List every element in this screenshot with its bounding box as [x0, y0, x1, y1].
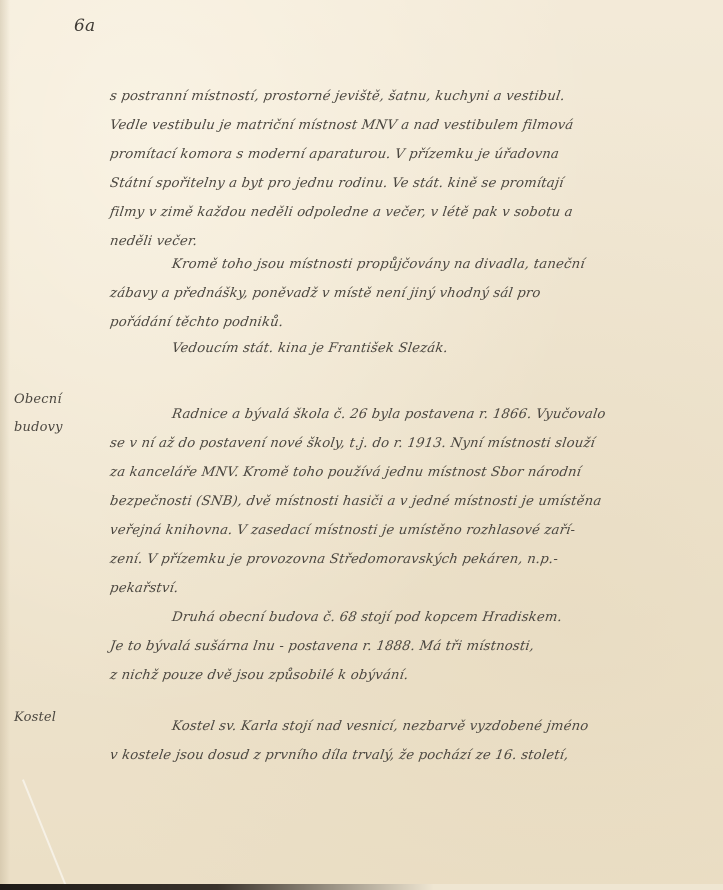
- text-line: Vedoucím stát. kina je František Slezák.: [108, 334, 672, 363]
- text-line: z nichž pouze dvě jsou způsobilé k obývá…: [108, 661, 672, 690]
- paragraph-second-building: Druhá obecní budova č. 68 stojí pod kopc…: [108, 603, 668, 690]
- paragraph-church: Kostel sv. Karla stojí nad vesnicí, nezb…: [108, 712, 668, 770]
- text-line: v kostele jsou dosud z prvního díla trva…: [108, 741, 672, 770]
- text-line: za kanceláře MNV. Kromě toho používá jed…: [108, 458, 672, 487]
- text-line: Vedle vestibulu je matriční místnost MNV…: [108, 111, 672, 140]
- margin-label-line: budovy: [14, 414, 84, 442]
- page-number: 6a: [74, 16, 95, 36]
- text-line: zábavy a přednášky, poněvadž v místě nen…: [108, 279, 672, 308]
- text-line: Kostel sv. Karla stojí nad vesnicí, nezb…: [108, 712, 672, 741]
- margin-label-obecni-budovy: Obecní budovy: [14, 386, 84, 442]
- text-line: s postranní místností, prostorné jeviště…: [108, 82, 672, 111]
- text-line: veřejná knihovna. V zasedací místnosti j…: [108, 516, 672, 545]
- text-line: bezpečnosti (SNB), dvě místnosti hasiči …: [108, 487, 672, 516]
- margin-label-kostel: Kostel: [14, 704, 84, 732]
- text-line: promítací komora s moderní aparaturou. V…: [108, 140, 672, 169]
- text-line: filmy v zimě každou neděli odpoledne a v…: [108, 198, 672, 227]
- paragraph-rental: Kromě toho jsou místnosti propůjčovány n…: [108, 250, 668, 337]
- text-line: Je to bývalá sušárna lnu - postavena r. …: [108, 632, 672, 661]
- margin-label-line: Kostel: [14, 704, 84, 732]
- document-page: 6a s postranní místností, prostorné jevi…: [0, 0, 723, 884]
- text-line: Státní spořitelny a byt pro jednu rodinu…: [108, 169, 672, 198]
- paragraph-town-hall: Radnice a bývalá škola č. 26 byla postav…: [108, 400, 668, 603]
- section-cinema: s postranní místností, prostorné jeviště…: [108, 82, 668, 256]
- margin-label-line: Obecní: [14, 386, 84, 414]
- text-line: Druhá obecní budova č. 68 stojí pod kopc…: [108, 603, 672, 632]
- text-line: Radnice a bývalá škola č. 26 byla postav…: [108, 400, 672, 429]
- text-line: pekařství.: [108, 574, 672, 603]
- scan-bottom-edge: [0, 884, 723, 890]
- text-line: zení. V přízemku je provozovna Středomor…: [108, 545, 672, 574]
- text-line: Kromě toho jsou místnosti propůjčovány n…: [108, 250, 672, 279]
- text-line: pořádání těchto podniků.: [108, 308, 672, 337]
- paragraph-cinema-manager: Vedoucím stát. kina je František Slezák.: [108, 334, 668, 363]
- text-line: se v ní až do postavení nové školy, t.j.…: [108, 429, 672, 458]
